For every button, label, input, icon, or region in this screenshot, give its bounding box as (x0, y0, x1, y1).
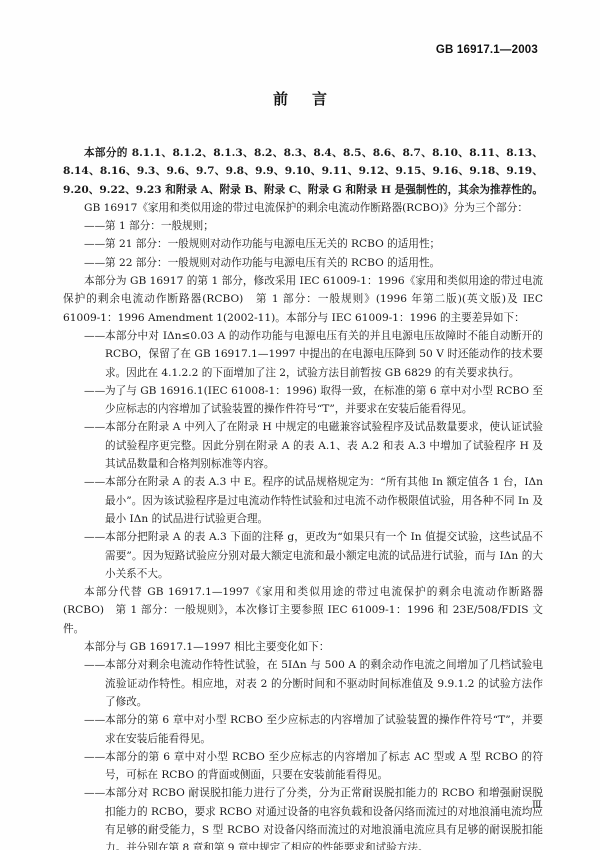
list-item: ——第 21 部分：一般规则对动作功能与电源电压无关的 RCBO 的适用性； (63, 235, 543, 253)
list-item: ——本部分把附录 A 的表 A.3 下面的注释 g，更改为“如果只有一个 In … (63, 528, 543, 583)
changes-intro-paragraph: 本部分与 GB 16917.1—1997 相比主要变化如下： (63, 638, 543, 656)
supersedes-paragraph: 本部分代替 GB 16917.1—1997《家用和类似用途的带过电流保护的剩余电… (63, 583, 543, 638)
mandatory-clauses-paragraph: 本部分的 8.1.1、8.1.2、8.1.3、8.2、8.3、8.4、8.5、8… (63, 144, 543, 199)
list-item: ——本部分的第 6 章中对小型 RCBO 至少应标志的内容增加了试验装置的操作件… (63, 711, 543, 748)
dash-marker: —— (84, 784, 105, 802)
list-item-text: 为了与 GB 16916.1(IEC 61008-1：1996) 取得一致，在标… (105, 385, 543, 415)
document-body: 本部分的 8.1.1、8.1.2、8.1.3、8.2、8.3、8.4、8.5、8… (63, 144, 543, 850)
list-item-text: 本部分中对 IΔn≤0.03 A 的动作功能与电源电压有关的并且电源电压故障时不… (105, 330, 543, 379)
adoption-paragraph: 本部分为 GB 16917 的第 1 部分，修改采用 IEC 61009-1：1… (63, 272, 543, 327)
standard-number: GB 16917.1—2003 (436, 44, 538, 56)
list-item: ——第 22 部分：一般规则对动作功能与电源电压有关的 RCBO 的适用性。 (63, 254, 543, 272)
list-item: ——本部分中对 IΔn≤0.03 A 的动作功能与电源电压有关的并且电源电压故障… (63, 327, 543, 382)
dash-marker: —— (84, 382, 105, 400)
list-item: ——本部分在附录 A 中列入了在附录 H 中规定的电磁兼容试验程序及试品数量要求… (63, 418, 543, 473)
list-item-text: 本部分把附录 A 的表 A.3 下面的注释 g，更改为“如果只有一个 In 值提… (105, 531, 543, 580)
list-item-text: 本部分在附录 A 的表 A.3 中 E。程序的试品规格规定为：“所有其他 In … (105, 476, 543, 525)
list-item: ——本部分对 RCBO 耐误脱扣能力进行了分类，分为正常耐误脱扣能力的 RCBO… (63, 784, 543, 850)
dash-marker: —— (84, 528, 105, 546)
dash-marker: —— (84, 327, 105, 345)
page-title: 前言 (0, 88, 600, 109)
paragraph-text: 本部分与 GB 16917.1—1997 相比主要变化如下： (84, 641, 329, 653)
paragraph-text: GB 16917《家用和类似用途的带过电流保护的剩余电流动作断路器(RCBO)》… (84, 202, 528, 214)
parts-intro-paragraph: GB 16917《家用和类似用途的带过电流保护的剩余电流动作断路器(RCBO)》… (63, 199, 543, 217)
list-item-text: 第 22 部分：一般规则对动作功能与电源电压有关的 RCBO 的适用性。 (105, 257, 440, 269)
page-number: Ⅲ (532, 800, 542, 811)
list-item: ——本部分的第 6 章中对小型 RCBO 至少应标志的内容增加了标志 AC 型或… (63, 748, 543, 785)
paragraph-text: 本部分的 8.1.1、8.1.2、8.1.3、8.2、8.3、8.4、8.5、8… (63, 147, 543, 196)
list-item-text: 本部分在附录 A 中列入了在附录 H 中规定的电磁兼容试验程序及试品数量要求，使… (105, 421, 543, 470)
list-item-text: 第 1 部分：一般规则； (105, 220, 214, 232)
dash-marker: —— (84, 254, 105, 272)
list-item: ——本部分对剩余电流动作特性试验，在 5IΔn 与 500 A 的剩余动作电流之… (63, 656, 543, 711)
list-item: ——第 1 部分：一般规则； (63, 217, 543, 235)
dash-marker: —— (84, 711, 105, 729)
dash-marker: —— (84, 473, 105, 491)
list-item-text: 本部分的第 6 章中对小型 RCBO 至少应标志的内容增加了标志 AC 型或 A… (105, 751, 543, 781)
document-page: GB 16917.1—2003 前言 本部分的 8.1.1、8.1.2、8.1.… (0, 0, 600, 850)
dash-marker: —— (84, 418, 105, 436)
list-item-text: 本部分对 RCBO 耐误脱扣能力进行了分类，分为正常耐误脱扣能力的 RCBO 和… (105, 787, 543, 850)
paragraph-text: 本部分为 GB 16917 的第 1 部分，修改采用 IEC 61009-1：1… (63, 275, 543, 324)
list-item-text: 本部分的第 6 章中对小型 RCBO 至少应标志的内容增加了试验装置的操作件符号… (105, 714, 543, 744)
paragraph-text: 本部分代替 GB 16917.1—1997《家用和类似用途的带过电流保护的剩余电… (63, 586, 543, 635)
list-item: ——为了与 GB 16916.1(IEC 61008-1：1996) 取得一致，… (63, 382, 543, 419)
dash-marker: —— (84, 656, 105, 674)
list-item-text: 第 21 部分：一般规则对动作功能与电源电压无关的 RCBO 的适用性； (105, 238, 440, 250)
list-item-text: 本部分对剩余电流动作特性试验，在 5IΔn 与 500 A 的剩余动作电流之间增… (105, 659, 543, 708)
dash-marker: —— (84, 217, 105, 235)
dash-marker: —— (84, 748, 105, 766)
dash-marker: —— (84, 235, 105, 253)
list-item: ——本部分在附录 A 的表 A.3 中 E。程序的试品规格规定为：“所有其他 I… (63, 473, 543, 528)
